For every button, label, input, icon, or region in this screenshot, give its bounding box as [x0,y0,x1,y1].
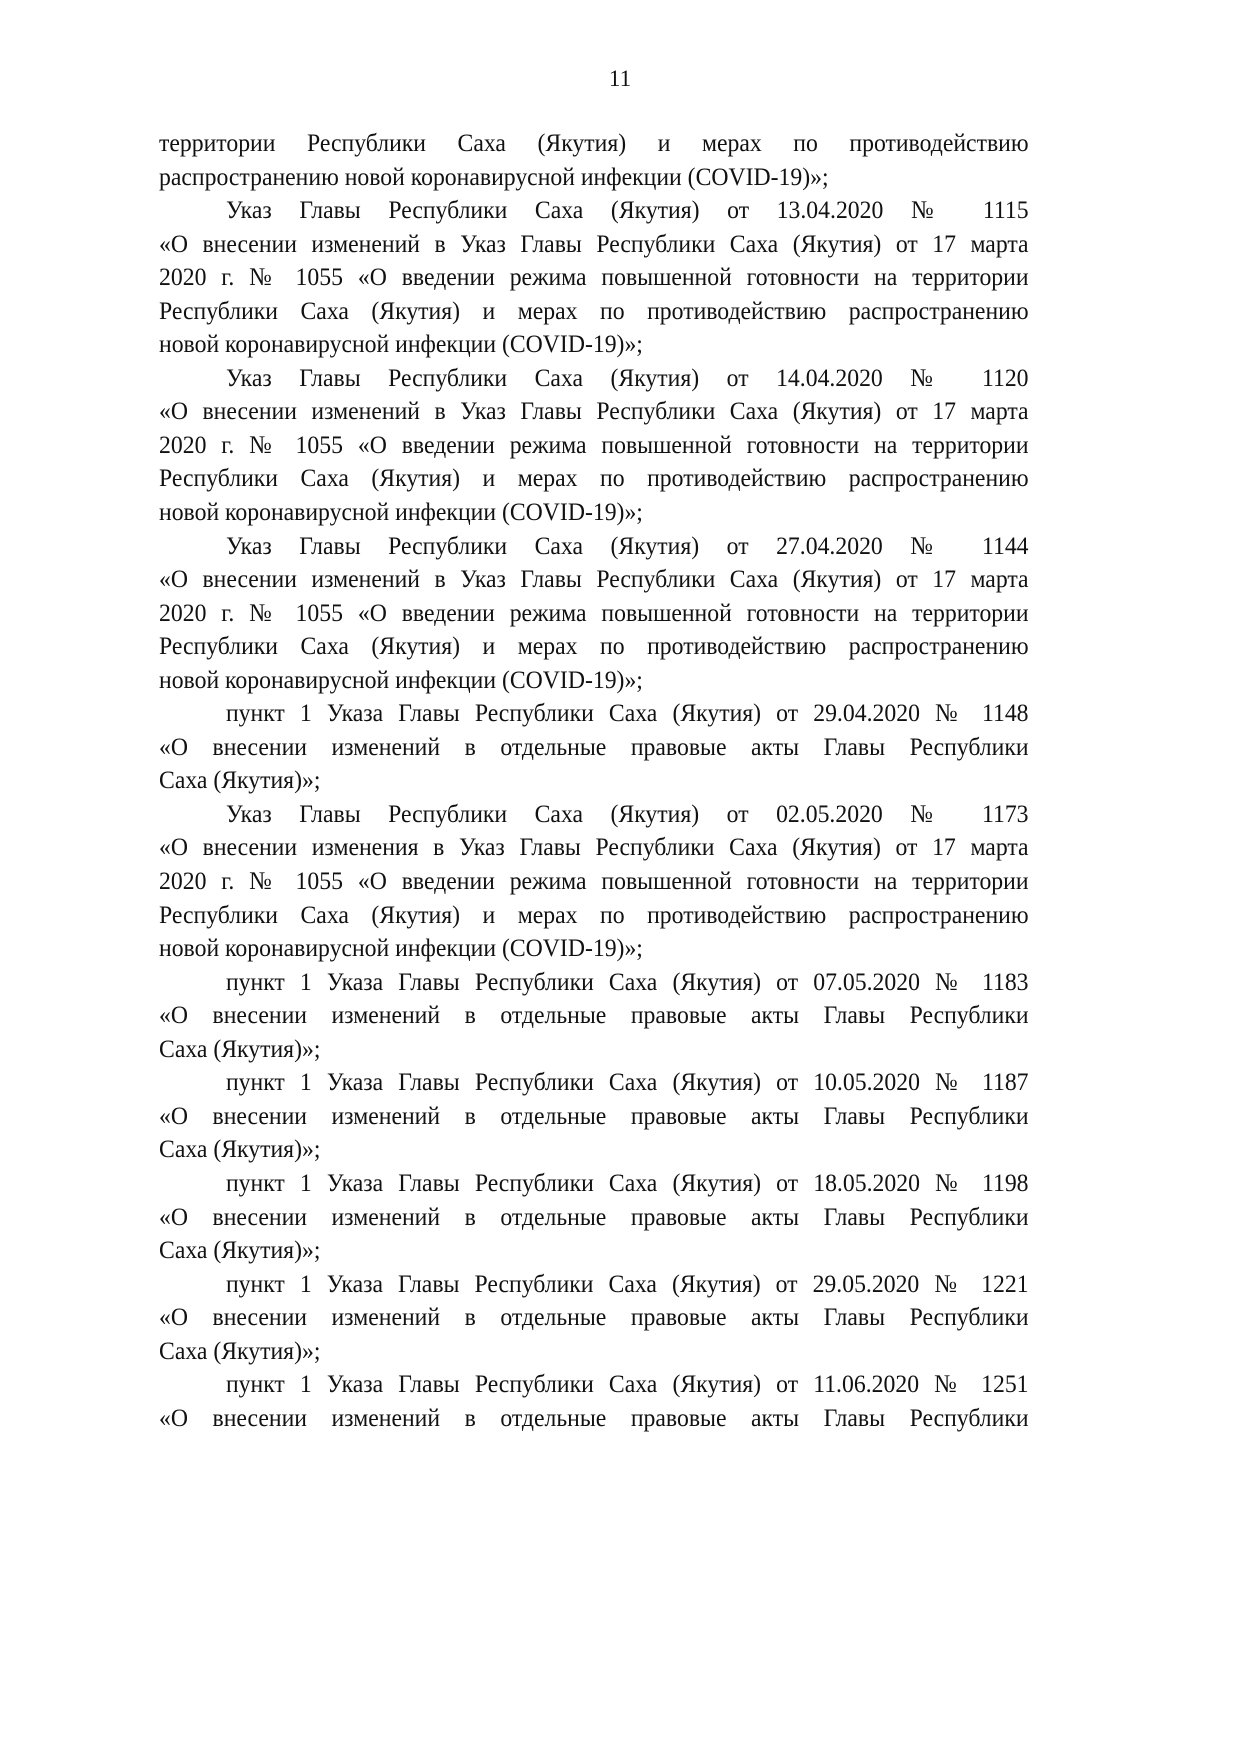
text-line: Саха (Якутия)»; [159,1132,1029,1166]
page-number: 11 [0,66,1240,92]
text-line: Саха (Якутия)»; [159,1032,1029,1066]
text-line: Указ Главы Республики Саха (Якутия) от 0… [159,797,1029,831]
text-line: «О внесении изменений в Указ Главы Респу… [159,562,1029,596]
text-line: 2020 г. № 1055 «О введении режима повыше… [159,260,1029,294]
text-line: «О внесении изменений в отдельные правов… [159,1200,1029,1234]
text-line: 2020 г. № 1055 «О введении режима повыше… [159,428,1029,462]
text-line: пункт 1 Указа Главы Республики Саха (Яку… [159,1166,1029,1200]
text-line: Республики Саха (Якутия) и мерах по прот… [159,629,1029,663]
text-line: «О внесении изменения в Указ Главы Респу… [159,830,1029,864]
text-line: Указ Главы Республики Саха (Якутия) от 1… [159,193,1029,227]
text-line: новой коронавирусной инфекции (COVID-19)… [159,663,1029,697]
text-line: 2020 г. № 1055 «О введении режима повыше… [159,864,1029,898]
text-lines: территории Республики Саха (Якутия) и ме… [159,126,1029,1434]
text-line: пункт 1 Указа Главы Республики Саха (Яку… [159,1367,1029,1401]
text-line: Республики Саха (Якутия) и мерах по прот… [159,294,1029,328]
text-line: «О внесении изменений в отдельные правов… [159,1300,1029,1334]
text-line: пункт 1 Указа Главы Республики Саха (Яку… [159,1267,1029,1301]
text-line: Республики Саха (Якутия) и мерах по прот… [159,461,1029,495]
text-line: Саха (Якутия)»; [159,763,1029,797]
text-line: «О внесении изменений в Указ Главы Респу… [159,227,1029,261]
text-line: Указ Главы Республики Саха (Якутия) от 1… [159,361,1029,395]
text-line: Саха (Якутия)»; [159,1233,1029,1267]
text-line: новой коронавирусной инфекции (COVID-19)… [159,327,1029,361]
text-line: территории Республики Саха (Якутия) и ме… [159,126,1029,160]
text-line: пункт 1 Указа Главы Республики Саха (Яку… [159,696,1029,730]
text-line: распространению новой коронавирусной инф… [159,160,1029,194]
text-line: пункт 1 Указа Главы Республики Саха (Яку… [159,965,1029,999]
text-line: «О внесении изменений в отдельные правов… [159,1099,1029,1133]
document-body: территории Республики Саха (Якутия) и ме… [159,126,968,1434]
text-line: 2020 г. № 1055 «О введении режима повыше… [159,596,1029,630]
text-line: «О внесении изменений в отдельные правов… [159,730,1029,764]
text-line: пункт 1 Указа Главы Республики Саха (Яку… [159,1065,1029,1099]
text-line: новой коронавирусной инфекции (COVID-19)… [159,495,1029,529]
text-line: «О внесении изменений в отдельные правов… [159,1401,1029,1435]
document-page: 11 территории Республики Саха (Якутия) и… [0,0,1240,1754]
text-line: Указ Главы Республики Саха (Якутия) от 2… [159,529,1029,563]
text-line: Республики Саха (Якутия) и мерах по прот… [159,898,1029,932]
text-line: «О внесении изменений в Указ Главы Респу… [159,394,1029,428]
text-line: Саха (Якутия)»; [159,1334,1029,1368]
text-line: новой коронавирусной инфекции (COVID-19)… [159,931,1029,965]
text-line: «О внесении изменений в отдельные правов… [159,998,1029,1032]
